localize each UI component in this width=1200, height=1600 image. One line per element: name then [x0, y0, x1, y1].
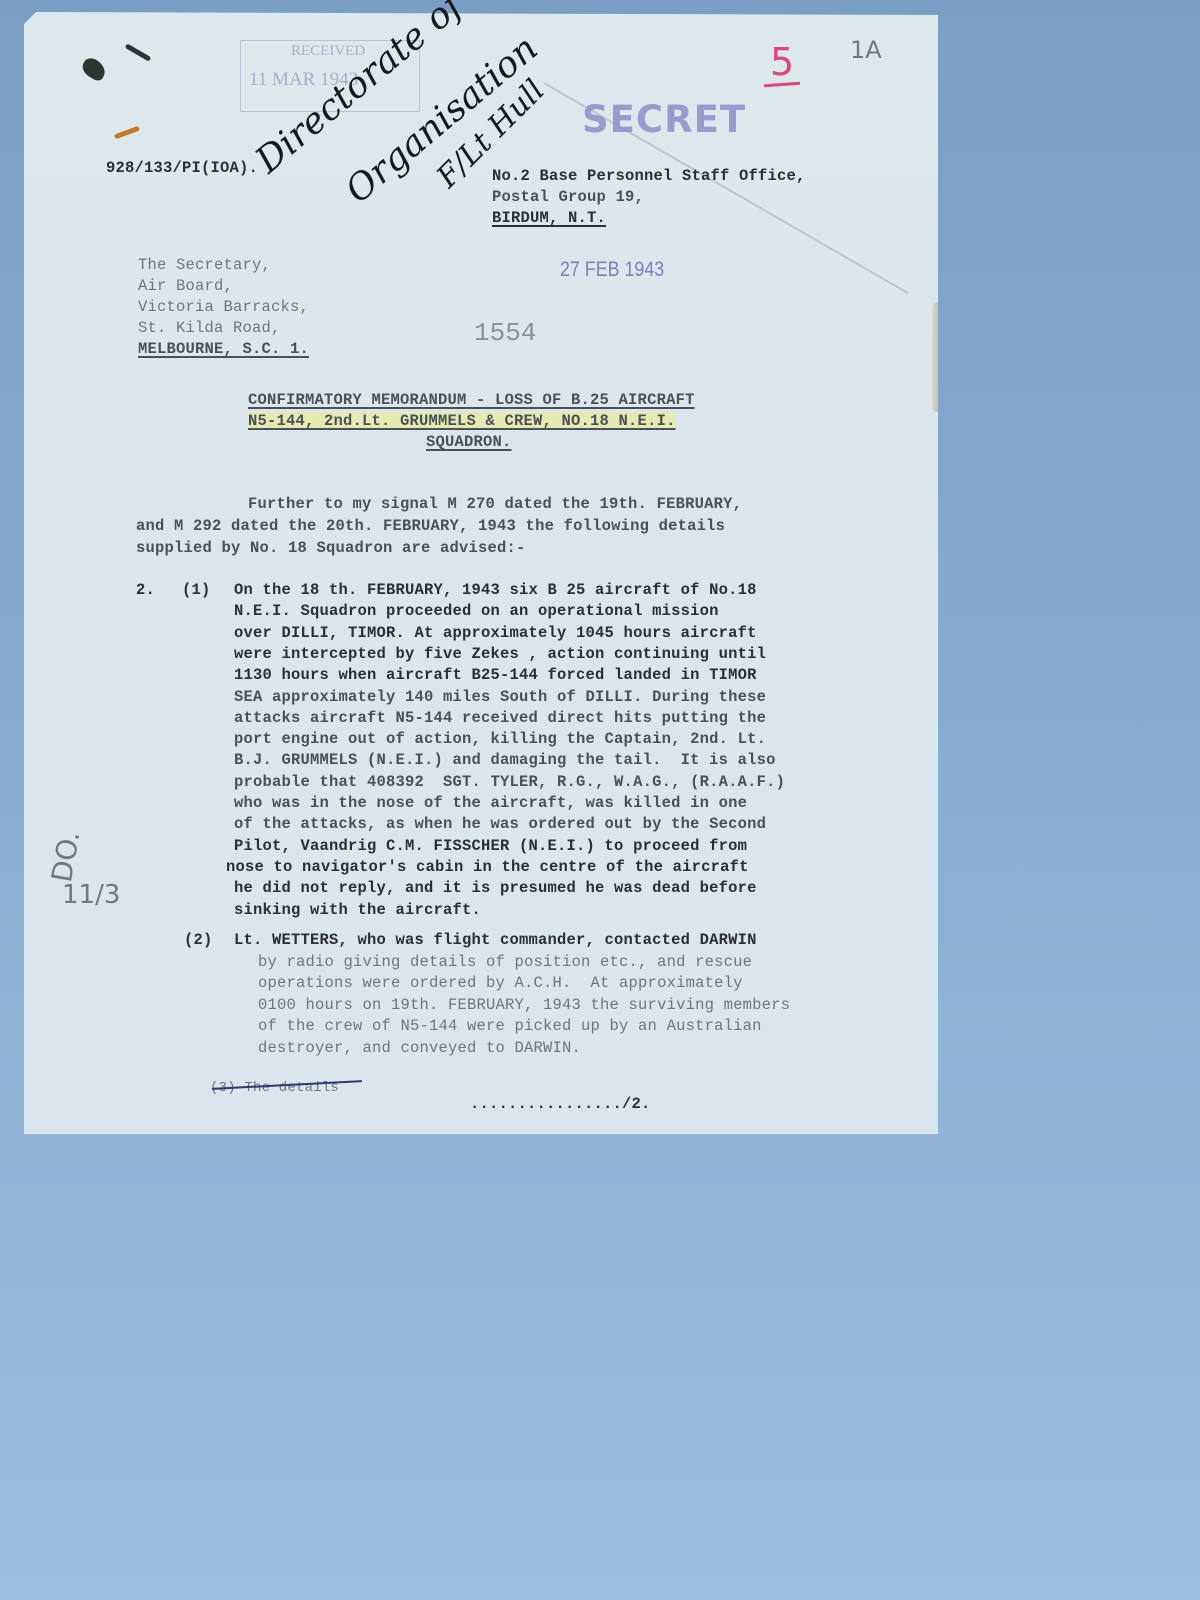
- paper-stain: [932, 302, 944, 412]
- classification-stamp: SECRET: [582, 98, 746, 141]
- para-2-1-line: port engine out of action, killing the C…: [234, 729, 766, 750]
- date-stamp: 27 FEB 1943: [560, 258, 664, 282]
- para-2-1-line: probable that 408392 SGT. TYLER, R.G., W…: [234, 772, 785, 793]
- from-address-line-2: Postal Group 19,: [492, 187, 644, 208]
- page-continuation: ................/2.: [470, 1094, 651, 1115]
- received-label: RECEIVED: [291, 43, 365, 60]
- para-2-1-line: 1130 hours when aircraft B25-144 forced …: [234, 665, 757, 686]
- pencil-margin-date: 11/3: [62, 880, 120, 910]
- reference-number: 1554: [474, 318, 536, 348]
- para-2-2-line: by radio giving details of position etc.…: [258, 952, 752, 973]
- para-2-2-line: destroyer, and conveyed to DARWIN.: [258, 1038, 581, 1059]
- para-2-1-line: attacks aircraft N5-144 received direct …: [234, 708, 766, 729]
- to-address-line-4: St. Kilda Road,: [138, 318, 281, 339]
- para-2-2-line: Lt. WETTERS, who was flight commander, c…: [234, 930, 757, 951]
- intro-line-3: supplied by No. 18 Squadron are advised:…: [136, 538, 526, 559]
- para-2-1-line: over DILLI, TIMOR. At approximately 1045…: [234, 623, 757, 644]
- para-2-1-label: (1): [182, 580, 211, 601]
- pencil-mark-1a: 1A: [850, 36, 882, 64]
- para-2-1-line: he did not reply, and it is presumed he …: [234, 878, 757, 899]
- file-reference: 928/133/PI(IOA).: [106, 158, 258, 179]
- intro-line-2: and M 292 dated the 20th. FEBRUARY, 1943…: [136, 516, 725, 537]
- to-address-line-2: Air Board,: [138, 276, 233, 297]
- para-2-number: 2.: [136, 580, 155, 601]
- red-page-mark: 5: [770, 40, 794, 84]
- intro-line-1: Further to my signal M 270 dated the 19t…: [248, 494, 742, 515]
- para-2-2-line: 0100 hours on 19th. FEBRUARY, 1943 the s…: [258, 995, 790, 1016]
- para-2-2-line: operations were ordered by A.C.H. At app…: [258, 973, 743, 994]
- para-2-1-line: sinking with the aircraft.: [234, 900, 481, 921]
- para-2-1-line: of the attacks, as when he was ordered o…: [234, 814, 766, 835]
- from-address-line-1: No.2 Base Personnel Staff Office,: [492, 166, 806, 187]
- para-2-1-line: were intercepted by five Zekes , action …: [234, 644, 766, 665]
- subject-line-3: SQUADRON.: [426, 432, 512, 453]
- subject-line-2: N5-144, 2nd.Lt. GRUMMELS & CREW, NO.18 N…: [248, 411, 676, 432]
- para-2-2-line: of the crew of N5-144 were picked up by …: [258, 1016, 762, 1037]
- para-2-1-line: Pilot, Vaandrig C.M. FISSCHER (N.E.I.) t…: [234, 836, 747, 857]
- to-address-line-5: MELBOURNE, S.C. 1.: [138, 339, 309, 360]
- to-address-line-1: The Secretary,: [138, 255, 271, 276]
- to-address-line-3: Victoria Barracks,: [138, 297, 309, 318]
- para-2-1-line: who was in the nose of the aircraft, was…: [234, 793, 747, 814]
- subject-line-2-text: N5-144, 2nd.Lt. GRUMMELS & CREW, NO.18 N…: [248, 412, 676, 430]
- para-2-1-line: B.J. GRUMMELS (N.E.I.) and damaging the …: [234, 750, 776, 771]
- subject-line-1: CONFIRMATORY MEMORANDUM - LOSS OF B.25 A…: [248, 390, 695, 411]
- para-2-1-line: SEA approximately 140 miles South of DIL…: [234, 687, 766, 708]
- para-2-1-line: N.E.I. Squadron proceeded on an operatio…: [234, 601, 719, 622]
- para-2-1-line: On the 18 th. FEBRUARY, 1943 six B 25 ai…: [234, 580, 757, 601]
- from-address-line-3: BIRDUM, N.T.: [492, 208, 606, 229]
- para-2-2-label: (2): [184, 930, 213, 951]
- para-2-1-line: nose to navigator's cabin in the centre …: [226, 857, 749, 878]
